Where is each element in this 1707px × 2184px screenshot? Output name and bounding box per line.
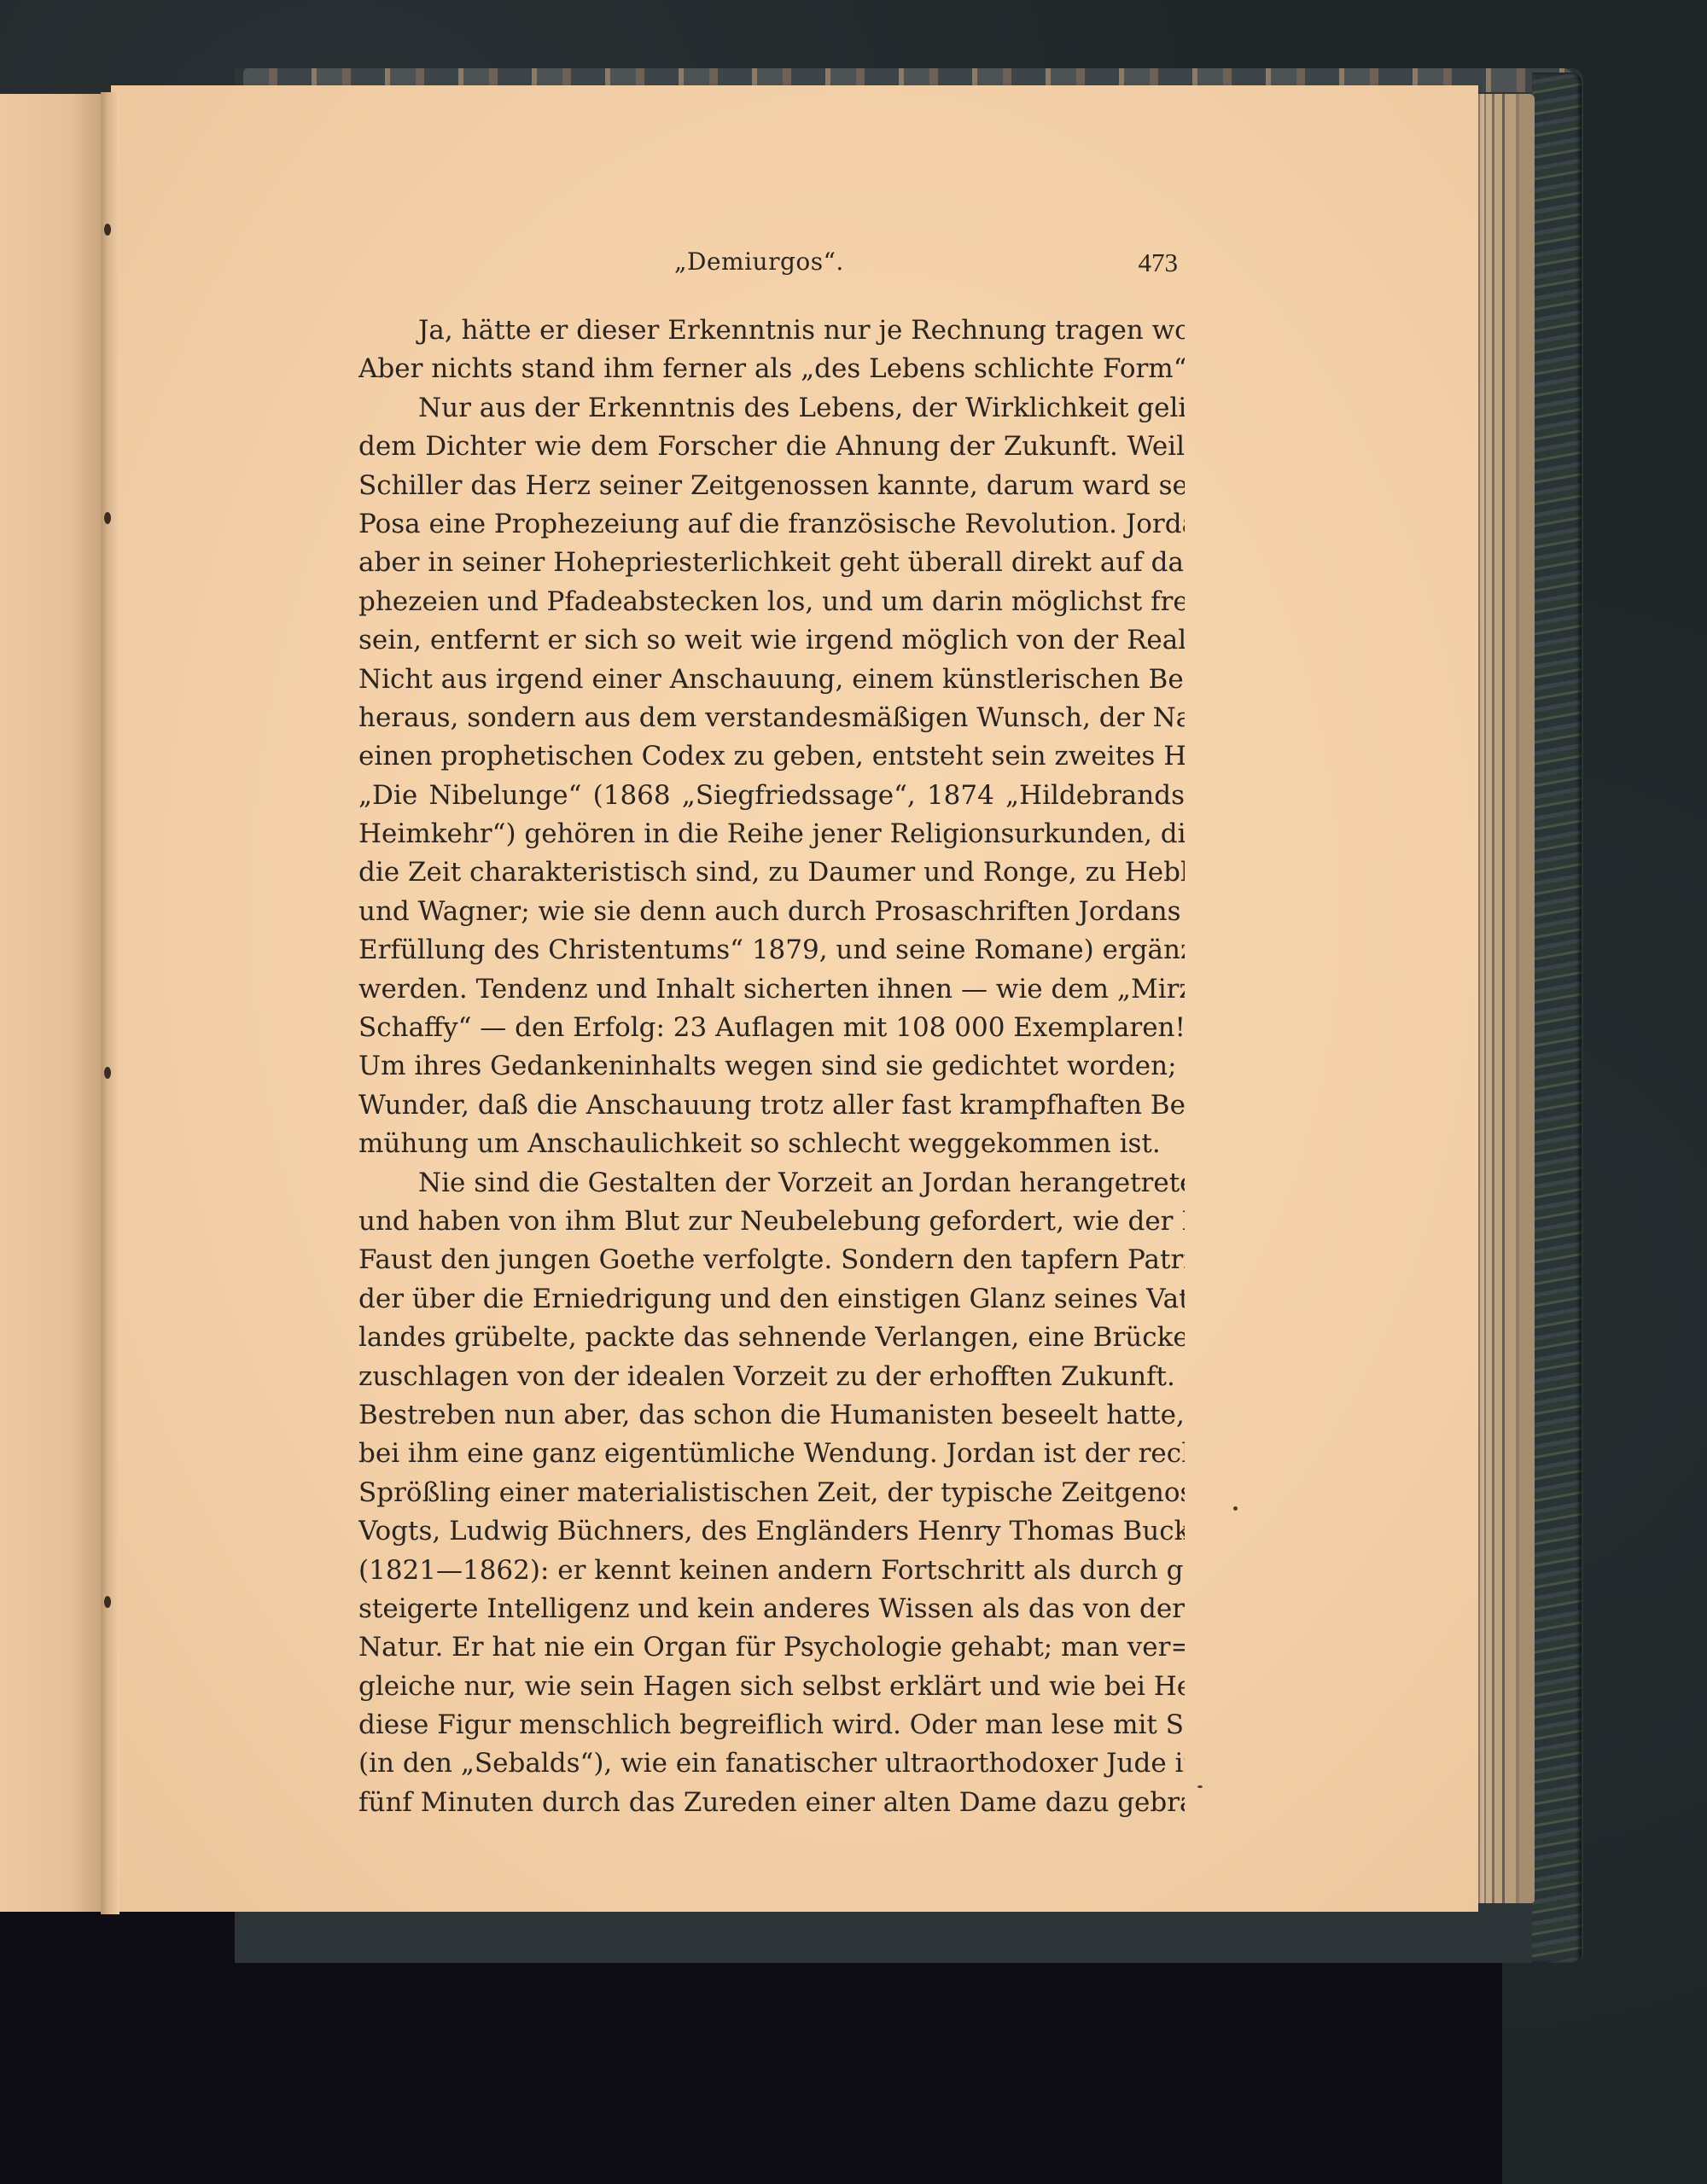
binding-stitch: [104, 224, 111, 236]
text-line: aber in seiner Hohepriesterlichkeit geht…: [358, 544, 1185, 582]
text-line: Faust den jungen Goethe verfolgte. Sonde…: [358, 1241, 1185, 1279]
text-line: bei ihm eine ganz eigentümliche Wendung.…: [358, 1435, 1185, 1473]
text-line: Nur aus der Erkenntnis des Lebens, der W…: [358, 389, 1185, 428]
text-line: Sprößling einer materialistischen Zeit, …: [358, 1474, 1185, 1512]
text-line: zuschlagen von der idealen Vorzeit zu de…: [358, 1358, 1185, 1396]
text-line: Wunder, daß die Anschauung trotz aller f…: [358, 1086, 1185, 1125]
paper-speck: [1197, 1785, 1203, 1788]
text-line: (1821—1862): er kennt keinen andern Fort…: [358, 1552, 1185, 1590]
text-line: heraus, sondern aus dem verstandesmäßige…: [358, 699, 1185, 737]
page-number: 473: [1139, 248, 1179, 278]
text-line: sein, entfernt er sich so weit wie irgen…: [358, 621, 1185, 660]
text-line: die Zeit charakteristisch sind, zu Daume…: [358, 853, 1185, 892]
binding-stitch: [104, 512, 111, 524]
text-line: Schiller das Herz seiner Zeitgenossen ka…: [358, 467, 1185, 505]
text-line: mühung um Anschaulichkeit so schlecht we…: [358, 1125, 1185, 1163]
left-facing-page: [0, 94, 111, 1912]
text-line: Bestreben nun aber, das schon die Humani…: [358, 1396, 1185, 1435]
body-text: Ja, hätte er dieser Erkenntnis nur je Re…: [358, 312, 1185, 1822]
text-line: Nie sind die Gestalten der Vorzeit an Jo…: [358, 1164, 1185, 1203]
text-line: diese Figur menschlich begreiflich wird.…: [358, 1706, 1185, 1744]
text-line: Natur. Er hat nie ein Organ für Psycholo…: [358, 1628, 1185, 1667]
text-line: Vogts, Ludwig Büchners, des Engländers H…: [358, 1512, 1185, 1551]
text-line: „Die Nibelunge“ (1868 „Siegfriedssage“, …: [358, 777, 1185, 815]
text-line: dem Dichter wie dem Forscher die Ahnung …: [358, 428, 1185, 466]
text-line: werden. Tendenz und Inhalt sicherten ihn…: [358, 970, 1185, 1009]
book-gutter: [101, 92, 119, 1914]
text-line: Ja, hätte er dieser Erkenntnis nur je Re…: [358, 312, 1185, 350]
text-line: phezeien und Pfadeabstecken los, und um …: [358, 583, 1185, 621]
running-title: „Demiurgos“.: [674, 248, 844, 276]
page-header: „Demiurgos“. 473: [358, 248, 1178, 282]
text-line: und Wagner; wie sie denn auch durch Pros…: [358, 893, 1185, 931]
text-line: landes grübelte, packte das sehnende Ver…: [358, 1319, 1185, 1357]
paper-speck: [1233, 1506, 1238, 1511]
text-line: Um ihres Gedankeninhalts wegen sind sie …: [358, 1047, 1185, 1086]
text-line: Schaffy“ — den Erfolg: 23 Auflagen mit 1…: [358, 1009, 1185, 1047]
text-line: und haben von ihm Blut zur Neubelebung g…: [358, 1203, 1185, 1241]
binding-stitch: [104, 1596, 111, 1608]
binding-stitch: [104, 1067, 111, 1079]
text-line: einen prophetischen Codex zu geben, ents…: [358, 737, 1185, 776]
text-line: Erfüllung des Christentums“ 1879, und se…: [358, 931, 1185, 970]
text-line: Aber nichts stand ihm ferner als „des Le…: [358, 350, 1185, 388]
text-line: steigerte Intelligenz und kein anderes W…: [358, 1590, 1185, 1628]
text-line: Heimkehr“) gehören in die Reihe jener Re…: [358, 815, 1185, 853]
text-line: (in den „Sebalds“), wie ein fanatischer …: [358, 1744, 1185, 1783]
text-line: Posa eine Prophezeiung auf die französis…: [358, 505, 1185, 544]
text-line: der über die Erniedrigung und den einsti…: [358, 1280, 1185, 1319]
text-line: gleiche nur, wie sein Hagen sich selbst …: [358, 1668, 1185, 1706]
page-fore-edge: [1475, 94, 1535, 1903]
book-cover-right-edge: [1532, 73, 1582, 1963]
text-line: fünf Minuten durch das Zureden einer alt…: [358, 1784, 1185, 1822]
text-line: Nicht aus irgend einer Anschauung, einem…: [358, 661, 1185, 699]
